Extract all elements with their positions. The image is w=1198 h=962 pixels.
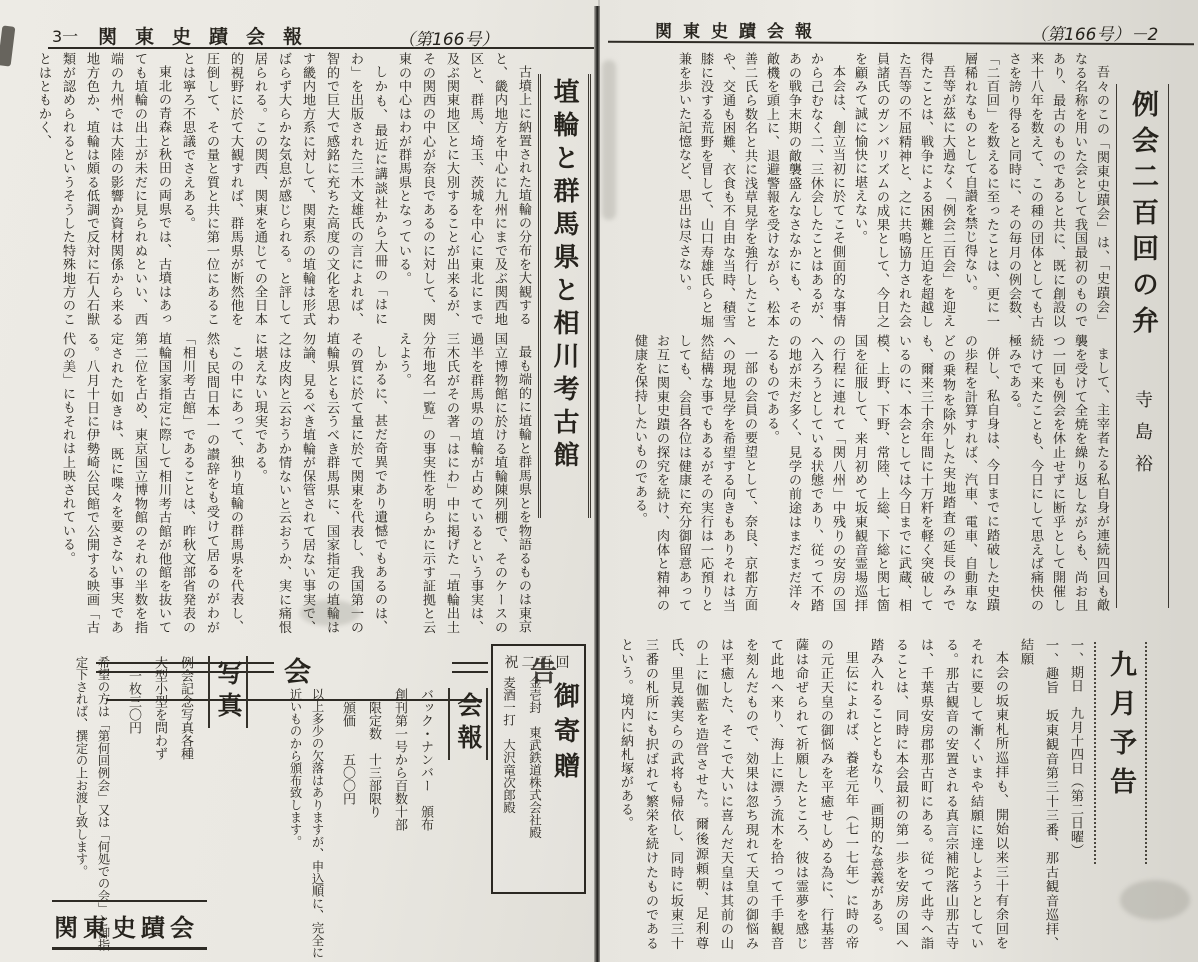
right-article-title-text: 例会二百回の弁 bbox=[1127, 90, 1158, 342]
donation-box: 祝二百回 御寄贈 金壱封 東武鉄道株式会社殿 麦酒一打 大沢竜次郎殿 bbox=[491, 644, 586, 894]
scan-smudge bbox=[602, 60, 616, 220]
bulletin-line: 限定数 十三部限り bbox=[360, 688, 386, 960]
bulletin-line: 頒価 五〇〇円 bbox=[334, 688, 360, 960]
bulletin-line: バック・ナンバー 頒布 bbox=[412, 688, 438, 960]
paragraph: 一部の会員の要望として、奈良、京都方面への現地見学を希望する向きもありそれは当然… bbox=[628, 334, 760, 612]
left-article-band-b: 最も端的に埴輪と群馬県とを物語るものは東京国立博物館に於ける埴輪陳列棚で、そのケ… bbox=[32, 332, 535, 634]
gift-item: 金壱封 東武鉄道株式会社殿 bbox=[522, 676, 548, 892]
photo-title: 写真 bbox=[208, 656, 248, 728]
scan-artifact bbox=[0, 25, 15, 66]
donation-body: 御寄贈 金壱封 東武鉄道株式会社殿 麦酒一打 大沢竜次郎殿 bbox=[496, 676, 582, 892]
issue-label-right: （第166号）－2 bbox=[1030, 20, 1158, 45]
bulletin-title: 会報 bbox=[448, 688, 488, 760]
bulletin-line: 創刊第一号から百数十部 bbox=[386, 688, 412, 960]
paragraph: 吾等が茲に大過なく「例会二百会」を迎え得たことは、戦争による困難と圧迫を超越した… bbox=[848, 52, 958, 328]
masthead-left: 関東史蹟会報 bbox=[98, 22, 320, 49]
paragraph: この中にあって、独り埴輪の群馬県を代表し、然も民間日本一の讃辞をも受けて居るのが… bbox=[55, 332, 247, 634]
gift-kind: 金壱封 bbox=[528, 676, 543, 714]
paragraph: 古墳上に納置された埴輪の分布を大観すると、畿内地方を中心に九州にまで及ぶ関西地区… bbox=[391, 52, 535, 326]
gift-item: 麦酒一打 大沢竜次郎殿 bbox=[496, 676, 522, 892]
paragraph: 里伝によれば、養老元年（七一七年）に時の帝の元正天皇の御悩みを平癒せしめる為に、… bbox=[613, 638, 863, 950]
scan-smudge bbox=[1120, 880, 1190, 920]
paragraph: 併し、私自身は、今日までに踏破した史蹟の歩程を計算すれば、汽車、電車、自動車など… bbox=[760, 334, 1002, 612]
right-page: 関東史蹟会報 （第166号）－2 例会二百回の弁 寺島裕 吾々のこの「関東史蹟会… bbox=[600, 0, 1198, 962]
preview-item: 一、期日 九月十四日（第二日曜） bbox=[1063, 638, 1088, 950]
newsletter-scan: 3一 関東史蹟会報 （第166号） 埴輪と群馬県と相川考古館 古墳上に納置された… bbox=[0, 0, 1198, 962]
scan-smudge bbox=[300, 600, 360, 626]
preview-body: 一、期日 九月十四日（第二日曜） 一、趣旨 坂東観音第三十三番、那古観音巡拝、結… bbox=[606, 638, 1088, 950]
notice-rule-right-segment bbox=[452, 662, 488, 673]
right-article-title: 例会二百回の弁 寺島裕 bbox=[1116, 84, 1169, 608]
gift-donor: 大沢竜次郎殿 bbox=[502, 739, 517, 814]
paragraph: 本会は、創立当初に於てこそ側面的な事情から己むなく二、三休会したことはあるが、あ… bbox=[672, 52, 848, 328]
donation-title: 御寄贈 bbox=[548, 676, 582, 892]
paragraph: しかるに、甚だ奇異であり遺憾でもあるのは、その質に於て量に於て関東を代表し、我国… bbox=[247, 332, 391, 634]
paragraph: 最も端的に埴輪と群馬県とを物語るものは東京国立博物館に於ける埴輪陳列棚で、そのケ… bbox=[391, 332, 535, 634]
bulletin-section: 会報 バック・ナンバー 頒布 創刊第一号から百数十部 限定数 十三部限り 頒価 … bbox=[278, 688, 488, 960]
gift-kind: 麦酒一打 bbox=[502, 676, 517, 726]
left-page: 3一 関東史蹟会報 （第166号） 埴輪と群馬県と相川考古館 古墳上に納置された… bbox=[0, 0, 598, 962]
paragraph: 吾々のこの「関東史蹟会」は、「史蹟会」なる名称を用いた会として我国最初のものであ… bbox=[958, 52, 1112, 328]
bulletin-note: 以上多少の欠落はありますが、申込順に、完全に近いものから頒布致します。 bbox=[284, 688, 328, 960]
right-article-band-b: まして、主宰者たる私自身が連続四回も敵襲を受けて全焼を繰り返しながらも、尚お且つ… bbox=[606, 334, 1112, 612]
paragraph: 本会の坂東札所巡拝も、開始以来三十有余回をそれに要して漸くいまや結願に達しようと… bbox=[863, 638, 1013, 950]
paragraph: まして、主宰者たる私自身が連続四回も敵襲を受けて全焼を繰り返しながらも、尚お且つ… bbox=[1002, 334, 1112, 612]
gift-donor: 東武鉄道株式会社殿 bbox=[528, 726, 543, 839]
page-number-left: 3一 bbox=[52, 24, 78, 47]
donation-top-label: 祝二百回 bbox=[505, 652, 573, 672]
preview-item: 一、趣旨 坂東観音第三十三番、那古観音巡拝、結願 bbox=[1013, 638, 1063, 950]
right-article-author: 寺島裕 bbox=[1132, 390, 1153, 486]
paragraph: 東北の青森と秋田の両県では、古墳はあっても埴輪の出土が未だに見られぬといい、西端… bbox=[32, 52, 175, 326]
signature: 関東史蹟会 bbox=[52, 900, 207, 950]
right-article-band-a: 吾々のこの「関東史蹟会」は、「史蹟会」なる名称を用いた会として我国最初のものであ… bbox=[606, 52, 1112, 328]
masthead-right: 関東史蹟会報 bbox=[655, 17, 823, 42]
preview-title: 九月予告 bbox=[1094, 642, 1147, 864]
page-gutter bbox=[594, 6, 600, 962]
left-article-title: 埴輪と群馬県と相川考古館 bbox=[538, 74, 591, 518]
header-rule-left bbox=[48, 47, 594, 49]
paragraph: しかも、最近に講談社から大冊の「はにわ」を出版された三木文雄氏の言によれば、智的… bbox=[175, 52, 391, 326]
left-article-band-a: 古墳上に納置された埴輪の分布を大観すると、畿内地方を中心に九州にまで及ぶ関西地区… bbox=[32, 52, 535, 326]
